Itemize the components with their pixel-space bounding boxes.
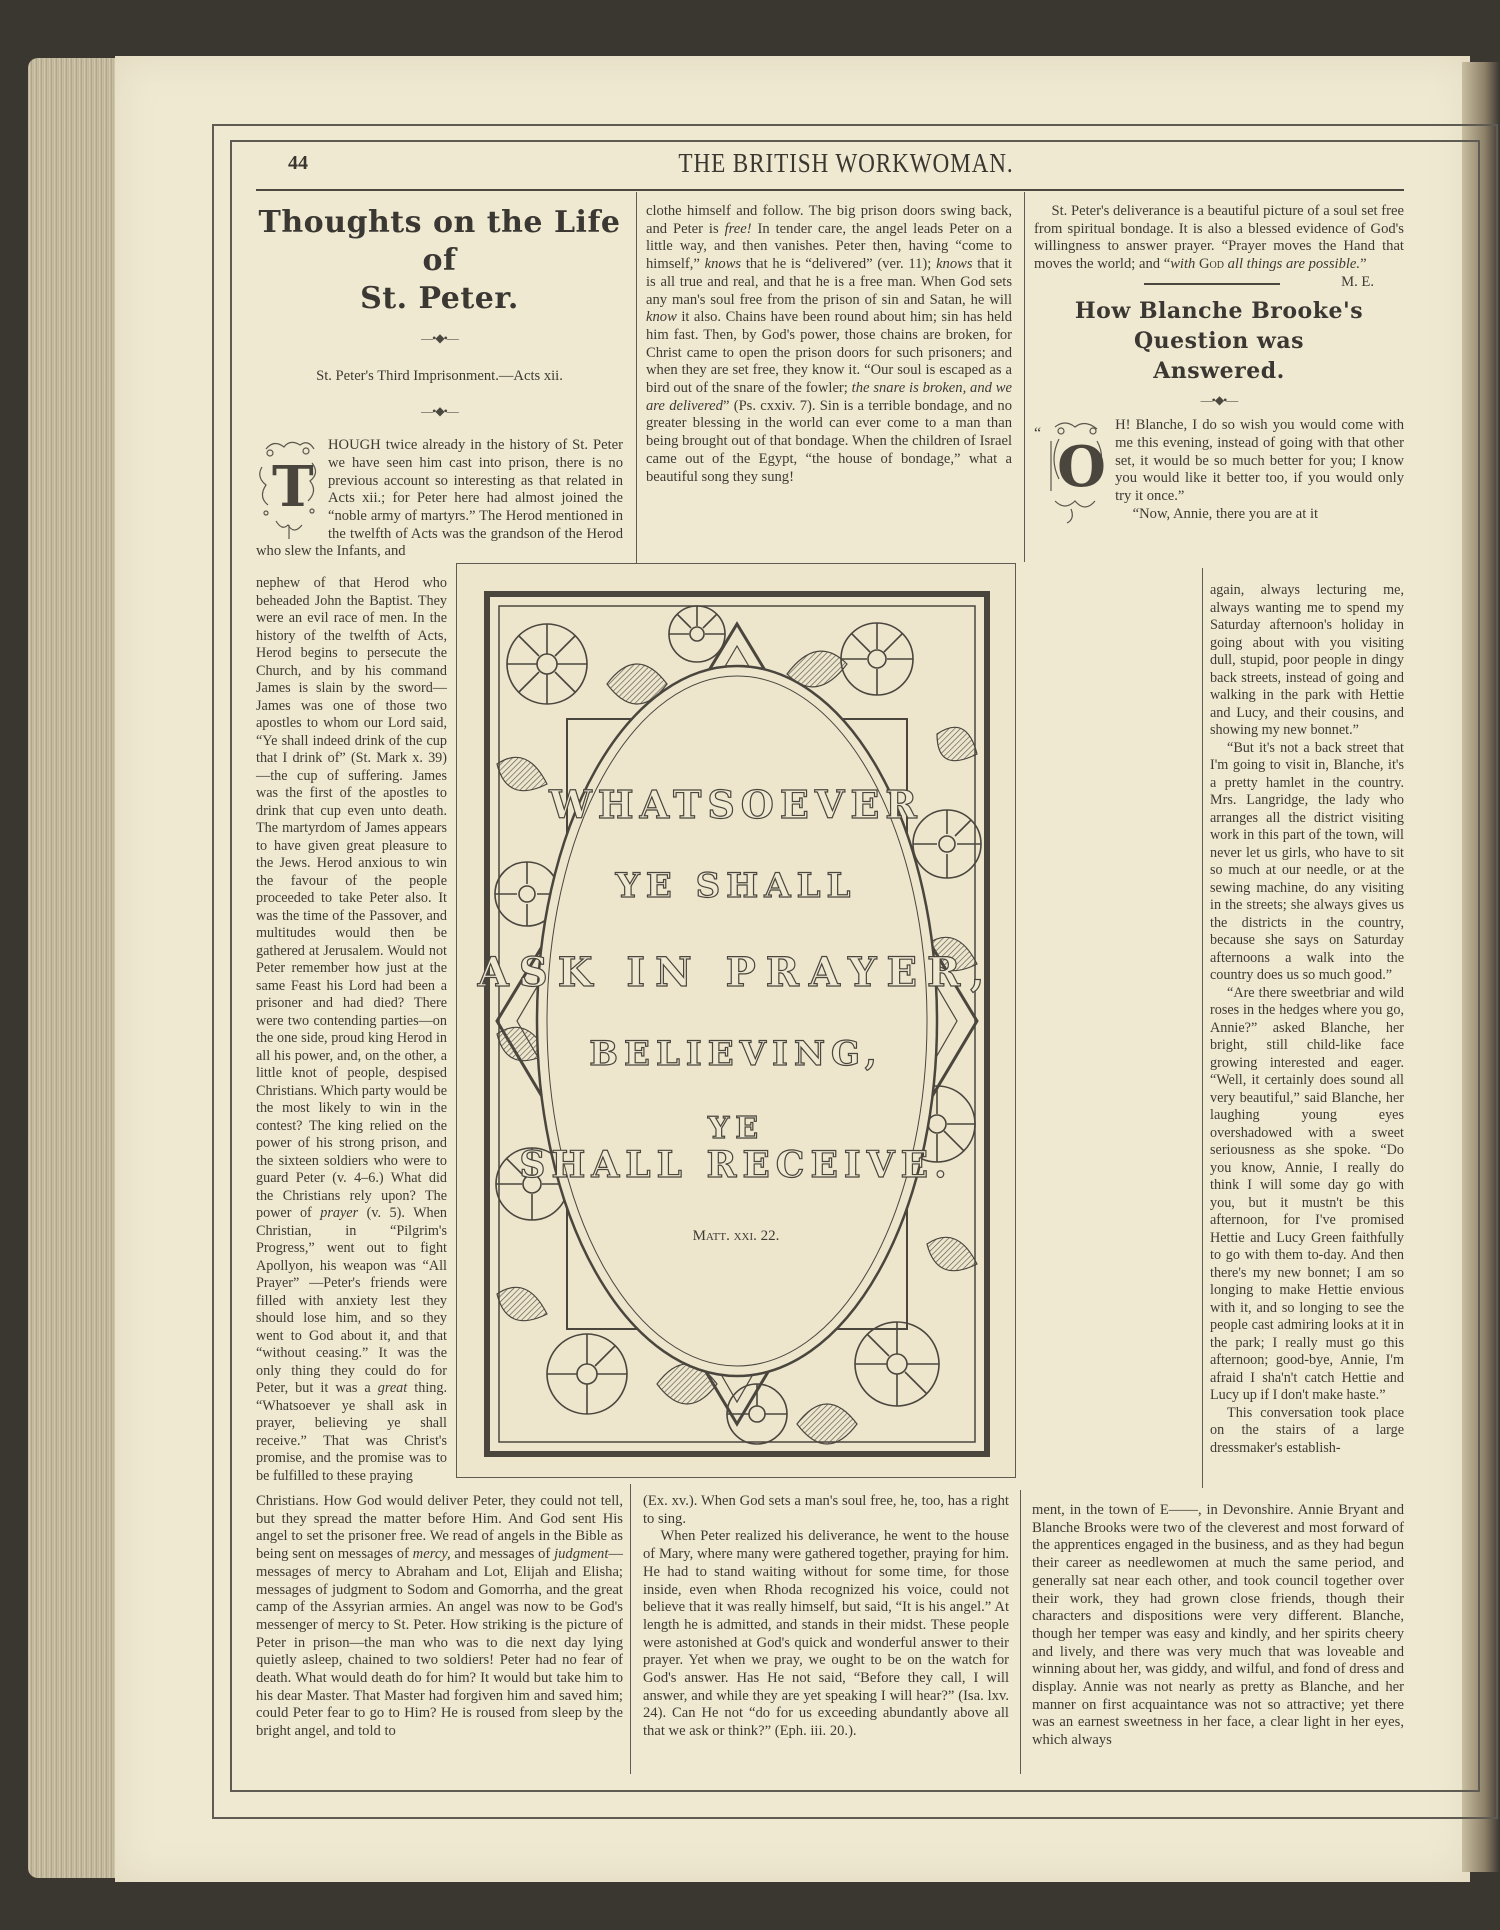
article-2-bottom-column: ment, in the town of E——, in Devonshire.… [1032, 1502, 1404, 1750]
column-rule-2-top [1024, 192, 1025, 562]
motto-line-4: BELIEVING, [457, 1034, 1015, 1074]
ornament-divider: —•◆•— [256, 330, 623, 348]
article-1-bottom-column-1: Christians. How God would deliver Peter,… [256, 1493, 623, 1741]
article-1-narrow-column: nephew of that Herod who beheaded John t… [256, 575, 447, 1485]
article-1-opening-paragraph: T HOUGH twice already in the history of … [256, 437, 623, 561]
article-2-title-line2: Answered. [1034, 356, 1404, 386]
scripture-reference: Matt. xxi. 22. [457, 1228, 1015, 1245]
article-2-narrow-column: again, always lecturing me, always wanti… [1210, 582, 1404, 1457]
column-rule-2-bottom [1020, 1490, 1021, 1774]
article-1-subtitle: St. Peter's Third Imprisonment.—Acts xii… [256, 368, 623, 386]
article-1-title: Thoughts on the Life of St. Peter. [256, 204, 623, 318]
ornament-divider: —•◆•— [1034, 392, 1404, 410]
illuminated-dropcap-t: T [256, 437, 322, 541]
article-2-title: How Blanche Brooke's Question was Answer… [1034, 296, 1404, 386]
article-1-conclusion: St. Peter's deliverance is a beautiful p… [1034, 203, 1404, 527]
illuminated-dropcap-o: O [1041, 417, 1109, 527]
article-1-title-line1: Thoughts on the Life of [256, 204, 623, 280]
running-head: 44 THE BRITISH WORKWOMAN. [288, 148, 1404, 188]
column-rule-1-bottom [630, 1484, 631, 1774]
engraved-motto-illustration: WHATSOEVER YE SHALL ASK IN PRAYER, BELIE… [456, 563, 1016, 1478]
motto-line-3: ASK IN PRAYER, [457, 949, 1015, 996]
column-rule-illustration-right [1202, 568, 1203, 1488]
article-2-opening-paragraph: “ O H! Blanche, I do so wish you would c… [1034, 417, 1404, 506]
motto-line-1: WHATSOEVER [457, 782, 1015, 827]
ornament-divider: —•◆•— [256, 403, 623, 421]
header-rule [256, 189, 1404, 191]
article-1-header: Thoughts on the Life of St. Peter. —•◆•—… [256, 200, 623, 561]
motto-line-2: YE SHALL [457, 866, 1015, 906]
book-page-edges [28, 58, 120, 1878]
article-2-title-line1: How Blanche Brooke's Question was [1034, 296, 1404, 356]
article-1-title-line2: St. Peter. [256, 280, 623, 318]
motto-line-6b: SHALL RECEIVE. [457, 1144, 1015, 1186]
ornament-rule [1034, 280, 1404, 290]
article-1-column-2-top: clothe himself and follow. The big priso… [646, 203, 1012, 486]
motto-line-5: YE [457, 1111, 1015, 1146]
page-number: 44 [288, 152, 308, 175]
masthead: THE BRITISH WORKWOMAN. [366, 148, 1326, 179]
column-rule-1-top [636, 192, 637, 568]
article-1-column-2-bottom: (Ex. xv.). When God sets a man's soul fr… [643, 1493, 1009, 1741]
floral-border-engraving [457, 564, 1017, 1479]
